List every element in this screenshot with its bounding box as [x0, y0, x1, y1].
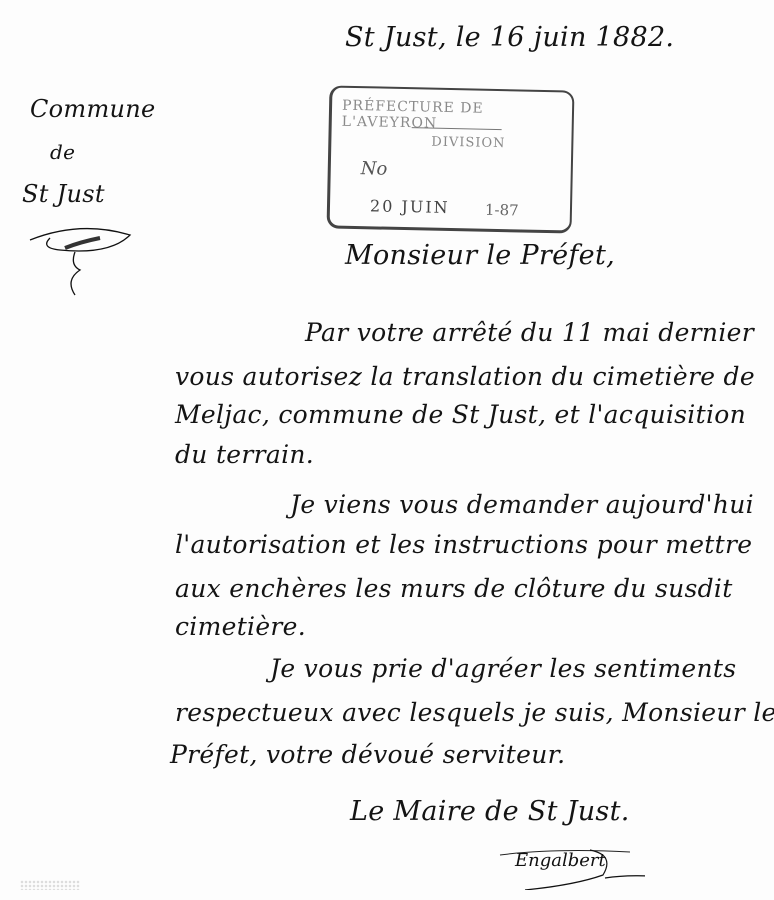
paragraph-1-line-1: Par votre arrêté du 11 mai dernier — [305, 318, 754, 347]
paragraph-2-line-2: l'autorisation et les instructions pour … — [175, 530, 752, 559]
stamp-year: 1-87 — [485, 201, 519, 220]
paragraph-3-line-3: Préfet, votre dévoué serviteur. — [170, 740, 565, 769]
paragraph-2-line-1: Je viens vous demander aujourd'hui — [290, 490, 754, 519]
letter-page: St Just, le 16 juin 1882. Commune de St … — [0, 0, 774, 900]
margin-st-just: St Just — [22, 180, 105, 208]
paragraph-2-line-3: aux enchères les murs de clôture du susd… — [175, 574, 733, 603]
paragraph-3-line-2: respectueux avec lesquels je suis, Monsi… — [175, 698, 774, 727]
margin-flourish-icon — [20, 220, 140, 300]
closing-title: Le Maire de St Just. — [350, 796, 630, 827]
stamp-number-label: No — [361, 158, 388, 180]
paper-specks — [20, 880, 80, 890]
margin-commune: Commune — [30, 95, 156, 123]
dateline: St Just, le 16 juin 1882. — [345, 22, 674, 53]
prefecture-stamp: PRÉFECTURE DE L'AVEYRON DIVISION No 20 J… — [327, 85, 575, 233]
stamp-division: DIVISION — [431, 135, 505, 152]
paragraph-3-line-1: Je vous prie d'agréer les sentiments — [270, 654, 736, 683]
signature-name: Engalbert — [515, 850, 606, 871]
stamp-date: 20 JUIN — [370, 196, 450, 217]
paragraph-1-line-4: du terrain. — [175, 440, 314, 469]
paragraph-2-line-4: cimetière. — [175, 612, 306, 641]
signature: Engalbert — [495, 840, 645, 890]
paragraph-1-line-3: Meljac, commune de St Just, et l'acquisi… — [175, 400, 746, 429]
salutation: Monsieur le Préfet, — [345, 240, 615, 271]
margin-de: de — [50, 140, 75, 164]
paragraph-1-line-2: vous autorisez la translation du cimetiè… — [175, 362, 755, 391]
